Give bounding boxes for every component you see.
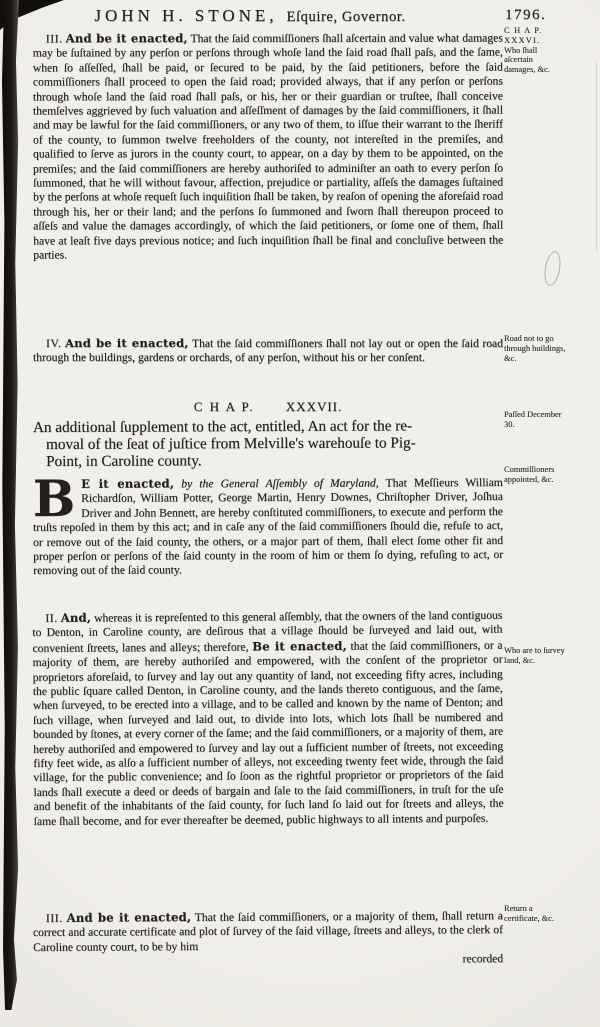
year-label: 1796. bbox=[505, 7, 546, 24]
act-title-line: moval of the ſeat of juſtice from Melvil… bbox=[33, 434, 503, 453]
section-number: IV. bbox=[46, 337, 61, 350]
margin-note-commissioners: Commiſſioners appointed, &c. bbox=[504, 465, 566, 485]
section-iv-chap36: IV. And be it enacted, That the ſaid com… bbox=[33, 336, 503, 366]
governor-title: Eſquire, Governor. bbox=[287, 9, 406, 25]
running-header: JOHN H. STONE, Eſquire, Governor. bbox=[58, 6, 442, 26]
scanned-statute-page: JOHN H. STONE, Eſquire, Governor. 1796. … bbox=[0, 0, 600, 1027]
section-body-text: That Meſſieurs William Richardſon, Willi… bbox=[33, 476, 503, 577]
section-number: II. bbox=[45, 612, 58, 625]
margin-note-passed: Paſſed December 30. bbox=[504, 410, 566, 430]
section-ii-chap37: II. And, whereas it is repreſented to th… bbox=[32, 608, 504, 829]
section-number: III. bbox=[46, 912, 63, 925]
section-i-chap37: BE it enacted, by the General Aſſembly o… bbox=[33, 475, 503, 579]
margin-chapter-number: XXXVI. bbox=[504, 36, 566, 46]
chapter-number: XXXVII. bbox=[286, 399, 342, 414]
section-iii-chap36: III. And be it enacted, That the ſaid co… bbox=[33, 31, 503, 263]
drop-cap: B bbox=[33, 477, 81, 521]
scan-binding-edge bbox=[2, 0, 19, 1010]
catchword: recorded bbox=[33, 952, 503, 969]
act-title-line: An additional ſupplement to the act, ent… bbox=[33, 417, 503, 436]
act-title: An additional ſupplement to the act, ent… bbox=[33, 417, 503, 471]
margin-note-survey: Who are to ſurvey land, &c. bbox=[504, 646, 566, 666]
section-number: III. bbox=[46, 32, 63, 45]
margin-note-chap36: C H A P. XXXVI. Who ſhall aſcertain dama… bbox=[504, 26, 566, 75]
enacting-phrase: E it enacted, bbox=[81, 476, 174, 490]
enacting-phrase: And be it enacted, bbox=[65, 336, 189, 350]
enacting-phrase: And, bbox=[61, 611, 91, 625]
ink-smudge bbox=[542, 250, 563, 287]
page-edge-line bbox=[596, 62, 597, 252]
enacting-phrase: And be it enacted, bbox=[66, 31, 188, 45]
act-title-line: Point, in Caroline county. bbox=[33, 451, 503, 470]
margin-note-road: Road not to go through buildings, &c. bbox=[504, 334, 566, 363]
margin-chapter-label: C H A P. bbox=[504, 26, 566, 36]
enacting-phrase: And be it enacted, bbox=[67, 910, 192, 925]
enacting-phrase: Be it enacted, bbox=[252, 639, 347, 654]
margin-note-certificate: Return a certificate, &c. bbox=[504, 904, 566, 924]
chapter-heading: C H A P. XXXVII. bbox=[33, 399, 503, 415]
section-body-text: That the ſaid commiſſioners ſhall aſcert… bbox=[33, 32, 503, 262]
governor-name: JOHN H. STONE, bbox=[94, 6, 277, 25]
assembly-phrase: by the General Aſſembly of Maryland, bbox=[181, 477, 378, 491]
chapter-label: C H A P. bbox=[194, 399, 255, 414]
section-body-text: that the ſaid commiſſioners, or a majori… bbox=[33, 639, 504, 828]
section-iii-chap37: III. And be it enacted, That the ſaid co… bbox=[33, 908, 503, 969]
margin-note-text: Who ſhall aſcertain damages, &c. bbox=[504, 46, 566, 75]
